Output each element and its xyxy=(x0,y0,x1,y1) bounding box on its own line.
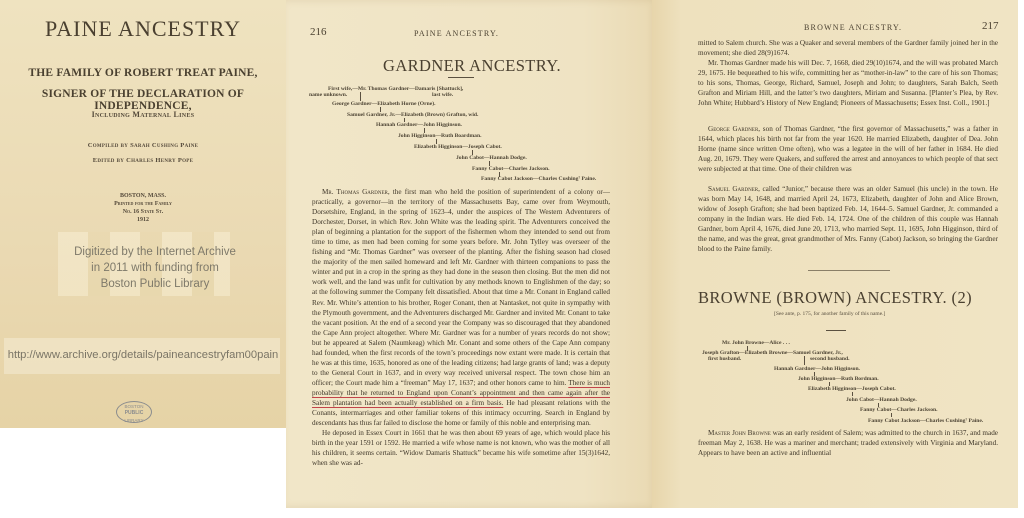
stamp-line-3: LIBRARY xyxy=(117,417,151,424)
tree-row-1: Mr. John Browne—Alice . . . xyxy=(722,340,790,347)
stamp-line-1: BOSTON xyxy=(117,403,151,410)
paragraph-john-browne: Master John Browne was an early resident… xyxy=(698,428,998,458)
tree-row-1-sub-right: last wife. xyxy=(432,92,453,99)
tree-row: Fanny Cabot Jackson—Charles Cushing⁷ Pai… xyxy=(481,176,596,183)
imprint-address: No. 16 State St. xyxy=(0,208,286,216)
imprint-city: BOSTON, MASS. xyxy=(0,192,286,200)
tree-connector xyxy=(852,392,853,396)
edited-by: Edited by Charles Henry Pope xyxy=(0,157,286,164)
tree-row: John Higginson—Ruth Bordman. xyxy=(798,376,879,383)
book-subtitle-line-2: SIGNER OF THE DECLARATION OF INDEPENDENC… xyxy=(0,88,286,112)
lead-name: Master John Browne xyxy=(708,429,771,437)
section-title-gardner: GARDNER ANCESTRY. xyxy=(286,56,658,76)
title-rule xyxy=(826,330,846,331)
book-title: PAINE ANCESTRY xyxy=(0,16,286,42)
tree-row: Samuel Gardner, Jr.—Elizabeth (Brown) Gr… xyxy=(347,112,478,119)
john-browne-text: Master John Browne was an early resident… xyxy=(698,428,998,458)
gardner-continued-text: mitted to Salem church. She was a Quaker… xyxy=(698,38,998,108)
paragraph-thomas-gardner: Mr. Thomas Gardner, the first man who he… xyxy=(312,187,610,428)
paragraph-will: Mr. Thomas Gardner made his will Dec. 7,… xyxy=(698,58,998,108)
tree-connector xyxy=(804,356,805,365)
paragraph-george-gardner: George Gardner, son of Thomas Gardner, “… xyxy=(698,124,998,174)
tree-row: George Gardner—Elizabeth Horne (Orne). xyxy=(332,101,435,108)
tree-connector xyxy=(360,92,361,101)
title-page-scan: PAINE ANCESTRY THE FAMILY OF ROBERT TREA… xyxy=(0,0,286,428)
george-gardner-text: George Gardner, son of Thomas Gardner, “… xyxy=(698,124,998,174)
including-maternal-lines: Including Maternal Lines xyxy=(0,110,286,119)
imprint-printer: Printed for the Family xyxy=(0,200,286,208)
tree-row: Fanny Cabot—Charles Jackson. xyxy=(860,407,938,414)
tree-connector xyxy=(891,413,892,417)
tree-row: Hannah Gardner—John Higginson. xyxy=(774,366,860,373)
imprint-year: 1912 xyxy=(0,216,286,224)
running-head: PAINE ANCESTRY. xyxy=(414,29,499,38)
watermark-line-1: Digitized by the Internet Archive xyxy=(30,244,280,260)
tree-row-2-sub-left: first husband. xyxy=(708,356,741,363)
page-number: 217 xyxy=(982,20,999,32)
library-stamp-icon: BOSTON PUBLIC LIBRARY xyxy=(116,401,152,423)
gardner-body-text: Mr. Thomas Gardner, the first man who he… xyxy=(312,187,610,468)
tree-row: Fanny Cabot—Charles Jackson. xyxy=(472,166,550,173)
watermark-line-3: Boston Public Library xyxy=(30,276,280,292)
tree-row: Elizabeth Higginson—Joseph Cabot. xyxy=(414,144,502,151)
book-subtitle-line-1: THE FAMILY OF ROBERT TREAT PAINE, xyxy=(0,67,286,79)
title-rule xyxy=(448,77,474,78)
digitization-watermark: Digitized by the Internet Archive in 201… xyxy=(30,244,280,292)
tree-row: John Cabot—Hannah Dodge. xyxy=(846,397,917,404)
lead-name: George Gardner, xyxy=(708,125,760,133)
stamp-line-2: PUBLIC xyxy=(117,410,151,417)
tree-row-2-sub-right: second husband. xyxy=(810,356,850,363)
tree-row: John Higginson—Ruth Boardman. xyxy=(398,133,481,140)
paragraph-text: the first man who held the position of s… xyxy=(312,188,610,387)
paragraph-text: called “Junior,” because there was an ol… xyxy=(698,185,998,253)
paragraph-continued: mitted to Salem church. She was a Quaker… xyxy=(698,38,998,58)
section-title-browne: BROWNE (BROWN) ANCESTRY. (2) xyxy=(652,288,1018,308)
paragraph-deposition: He deposed in Essex Court in 1661 that h… xyxy=(312,428,610,468)
book-page-217: BROWNE ANCESTRY. 217 mitted to Salem chu… xyxy=(652,0,1018,508)
lead-name: Samuel Gardner, xyxy=(708,185,760,193)
running-head: BROWNE ANCESTRY. xyxy=(804,23,902,32)
page-number: 216 xyxy=(310,26,327,38)
tree-row-1-sub-left: name unknown. xyxy=(309,92,347,99)
tree-row: Fanny Cabot Jackson—Charles Cushing⁷ Pai… xyxy=(868,418,983,425)
lead-name: Mr. Thomas Gardner, xyxy=(322,188,390,196)
tree-row: Hannah Gardner—John Higginson. xyxy=(376,122,462,129)
archive-url-link[interactable]: http://www.archive.org/details/paineance… xyxy=(0,349,286,361)
samuel-gardner-text: Samuel Gardner, called “Junior,” because… xyxy=(698,184,998,254)
paragraph-samuel-gardner: Samuel Gardner, called “Junior,” because… xyxy=(698,184,998,254)
book-page-216: 216 PAINE ANCESTRY. GARDNER ANCESTRY. Fi… xyxy=(286,0,658,508)
tree-row: John Cabot—Hannah Dodge. xyxy=(456,155,527,162)
section-note: [See ante, p. 175, for another family of… xyxy=(774,311,885,317)
section-divider xyxy=(808,270,890,271)
compiled-by: Compiled by Sarah Cushing Paine xyxy=(0,142,286,149)
watermark-line-2: in 2011 with funding from xyxy=(30,260,280,276)
